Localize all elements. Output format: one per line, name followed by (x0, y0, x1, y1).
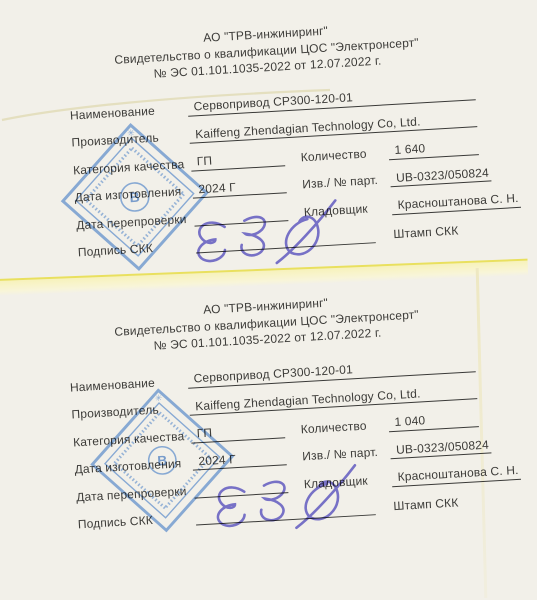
quantity-value: 1 640 (394, 141, 426, 157)
form-header: АО "ТРВ-инжиниринг" Свидетельство о квал… (53, 278, 480, 360)
ink-signature (179, 194, 353, 274)
stamp-label: Штамп СКК (375, 223, 459, 243)
name-value: Сервопривод СР300-120-01 (193, 362, 353, 385)
form-header: АО "ТРВ-инжиниринг" Свидетельство о квал… (53, 6, 480, 88)
quantity-label: Количество (284, 417, 389, 438)
quantity-field: 1 040 (388, 407, 479, 432)
batch-field: UB-0323/050824 (390, 162, 492, 187)
manufacturer-value: Kaiffeng Zhendagian Technology Co, Ltd. (195, 114, 421, 141)
storekeeper-value: Красноштанова С. Н. (397, 463, 519, 484)
storekeeper-field: Красноштанова С. Н. (391, 188, 521, 215)
stamp-center-letter: В (157, 453, 168, 469)
storekeeper-value: Красноштанова С. Н. (397, 191, 519, 212)
stamp-star: ✳ (155, 393, 164, 403)
quantity-label: Количество (284, 145, 389, 166)
batch-label: Изв./ № парт. (286, 172, 391, 193)
stamp-star: ✳ (127, 128, 136, 138)
certificate-form-2: АО "ТРВ-инжиниринг" Свидетельство о квал… (53, 278, 491, 556)
quantity-field: 1 640 (388, 135, 479, 160)
batch-value: UB-0323/050824 (396, 437, 489, 456)
quantity-value: 1 040 (394, 413, 426, 429)
batch-field: UB-0323/050824 (390, 434, 492, 459)
stamp-center-letter: В (129, 189, 140, 206)
storekeeper-field: Красноштанова С. Н. (391, 460, 521, 487)
stamp-label: Штамп СКК (375, 495, 459, 515)
certificate-form-1: АО "ТРВ-инжиниринг" Свидетельство о квал… (53, 6, 491, 284)
name-value: Сервопривод СР300-120-01 (193, 90, 353, 113)
batch-value: UB-0323/050824 (396, 165, 489, 184)
ink-signature (199, 459, 373, 539)
